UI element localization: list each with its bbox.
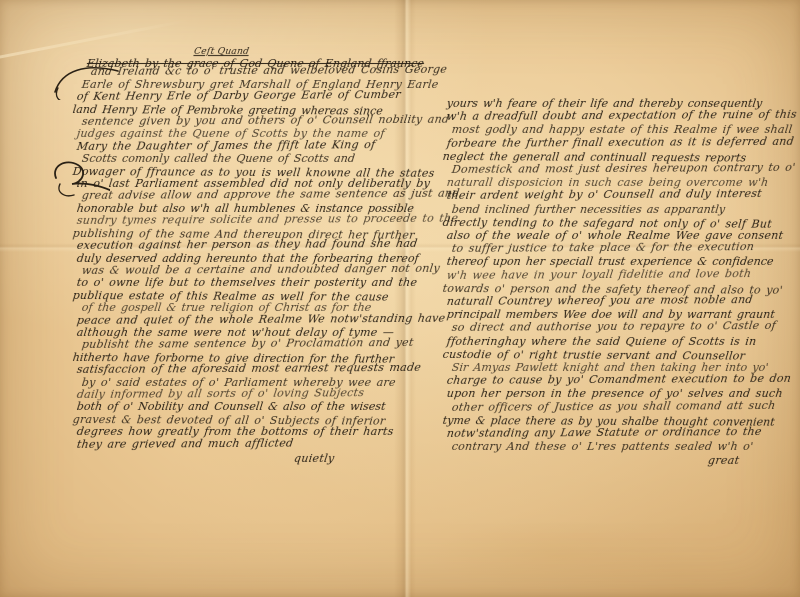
manuscript-line: of Kent Henry Erle of Darby George Earle… xyxy=(76,89,400,103)
manuscript-line: they are grieved and much afflicted xyxy=(76,437,400,451)
manuscript-line: notw'standing any Lawe Statute or ordina… xyxy=(446,425,772,440)
manuscript-line: naturall Countrey whereof you are most n… xyxy=(446,293,772,308)
manuscript-line: great advise allow and approve the same … xyxy=(81,189,400,203)
manuscript-line: contrary And these o' L'res pattents sea… xyxy=(451,440,772,453)
manuscript-line: so direct and authorise you to repayre t… xyxy=(451,320,772,335)
manuscript-line: to suffer justice to take place & for th… xyxy=(451,240,772,255)
manuscript-line: w'h wee have in your loyall fidelitie an… xyxy=(446,267,772,282)
manuscript-line: Scotts comonly called the Quene of Scott… xyxy=(81,153,400,165)
interlinear-insertion: Ceſt Quand xyxy=(193,47,250,57)
handwritten-text-right: yours w'h feare of their life and thereb… xyxy=(446,97,770,453)
manuscript-line: bend inclined further necessities as app… xyxy=(451,203,772,216)
manuscript-line: Domestick and most just desires hereupon… xyxy=(451,161,772,176)
manuscript-line: charge to cause by yo' Comandment execut… xyxy=(446,372,772,387)
paper-stain xyxy=(430,520,690,590)
manuscript-page-left: Ceſt Quand Elizabeth by the grace of God… xyxy=(76,58,398,465)
manuscript-line: sundry tymes require solicite and presse… xyxy=(76,213,400,227)
manuscript-line: and Ireland &c to o' trustie and welbelo… xyxy=(90,65,400,79)
manuscript-line: other officers of Justice as you shall c… xyxy=(451,399,772,414)
manuscript-line: publisht the same sentence by o' Proclam… xyxy=(81,337,400,351)
corner-crease xyxy=(0,19,188,60)
manuscript-line: ffotheringhay where the said Quiene of S… xyxy=(446,335,772,348)
manuscript-line: satisfaccion of the aforesaid most earne… xyxy=(76,362,400,376)
manuscript-line: their ardent weight by o' Counsell and d… xyxy=(446,187,772,202)
manuscript-line: forbeare the further finall execution as… xyxy=(446,135,772,150)
catchword-left: quietly xyxy=(293,452,399,465)
manuscript-line: to o' owne life but to themselves their … xyxy=(76,277,400,289)
manuscript-line: both of o' Nobility and Counsell & also … xyxy=(76,401,400,413)
manuscript-page-right: yours w'h feare of their life and thereb… xyxy=(446,97,770,467)
manuscript-line: execution against her person as they had… xyxy=(76,238,400,252)
manuscript-line: w'h a dreadfull doubt and expectation of… xyxy=(446,108,772,123)
handwritten-text-left: Elizabeth by the grace of God Quene of E… xyxy=(76,58,398,451)
manuscript-photo: Ceſt Quand Elizabeth by the grace of God… xyxy=(0,0,800,597)
manuscript-line: peace and quiet of the whole Realme We n… xyxy=(76,313,400,327)
catchword-right: great xyxy=(707,454,771,467)
